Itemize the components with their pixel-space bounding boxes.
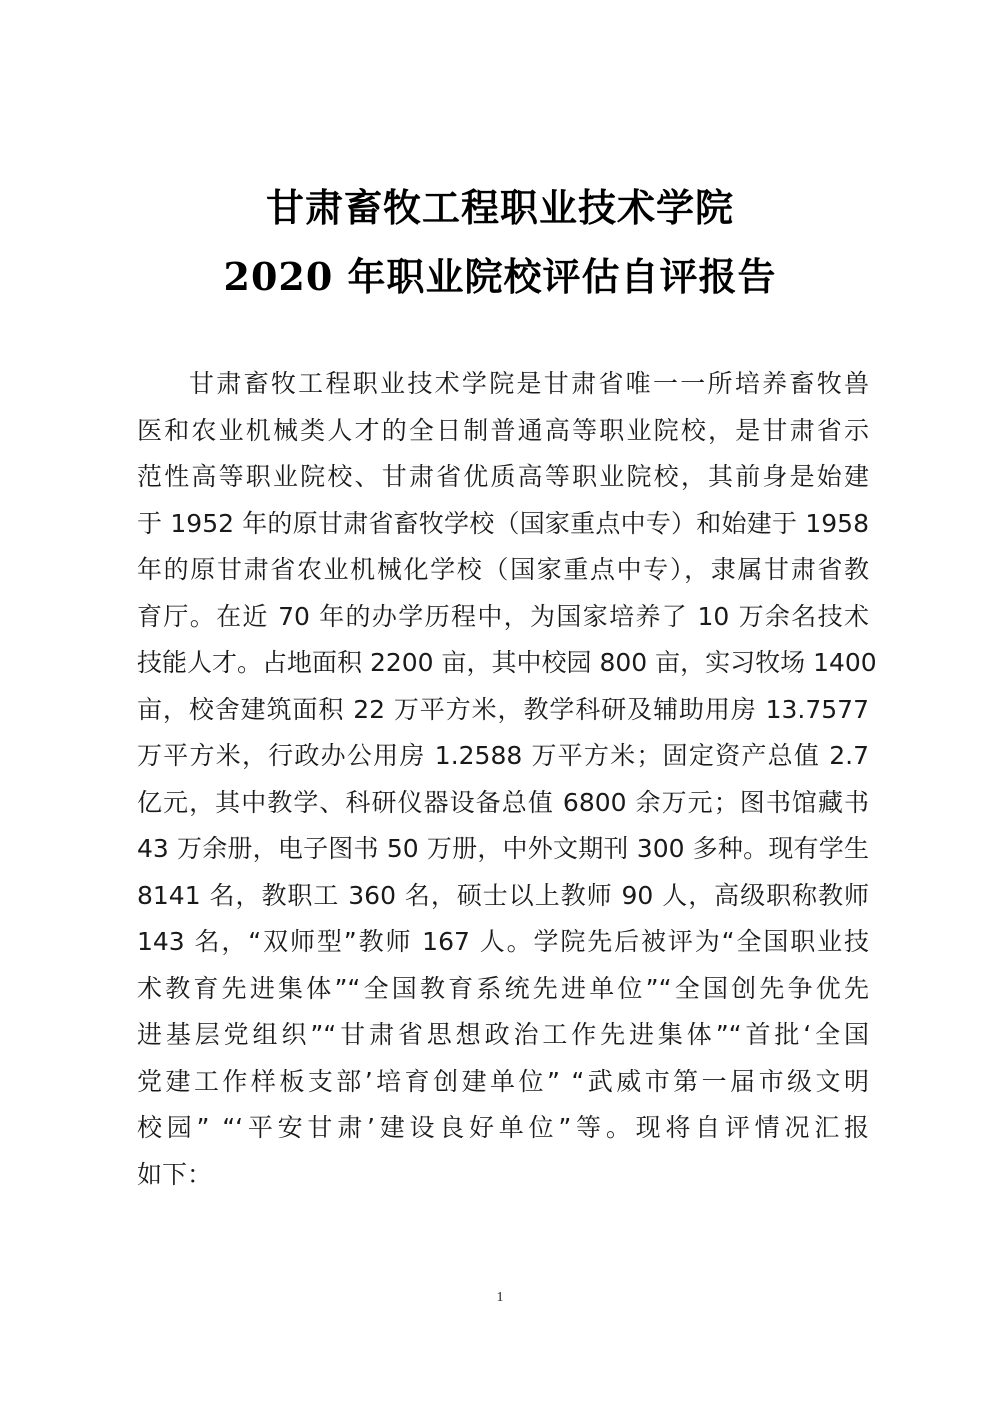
body-line: 万平方米，行政办公用房 1.2588 万平方米；固定资产总值 2.7 (137, 733, 869, 780)
body-line: 亩，校舍建筑面积 22 万平方米，教学科研及辅助用房 13.7577 (137, 687, 869, 734)
body-line: 亿元，其中教学、科研仪器设备总值 6800 余万元；图书馆藏书 (137, 780, 869, 827)
document-title: 甘肃畜牧工程职业技术学院 2020 年职业院校评估自评报告 (0, 188, 1000, 326)
body-line: 8141 名，教职工 360 名，硕士以上教师 90 人，高级职称教师 (137, 873, 869, 920)
body-line: 143 名，“双师型”教师 167 人。学院先后被评为“全国职业技 (137, 919, 869, 966)
body-line: 甘肃畜牧工程职业技术学院是甘肃省唯一一所培养畜牧兽 (137, 361, 869, 408)
page-number: 1 (0, 1290, 1000, 1306)
body-line: 如下： (137, 1152, 869, 1199)
body-line: 年的原甘肃省农业机械化学校（国家重点中专），隶属甘肃省教 (137, 547, 869, 594)
body-paragraph: 甘肃畜牧工程职业技术学院是甘肃省唯一一所培养畜牧兽 医和农业机械类人才的全日制普… (137, 361, 869, 1198)
body-line: 医和农业机械类人才的全日制普通高等职业院校，是甘肃省示 (137, 408, 869, 455)
body-line: 于 1952 年的原甘肃省畜牧学校（国家重点中专）和始建于 1958 (137, 501, 869, 548)
body-line: 43 万余册，电子图书 50 万册，中外文期刊 300 多种。现有学生 (137, 826, 869, 873)
title-line-report: 2020 年职业院校评估自评报告 (0, 257, 1000, 297)
title-line-institution: 甘肃畜牧工程职业技术学院 (0, 188, 1000, 228)
body-line: 校园” “‘平安甘肃’建设良好单位”等。现将自评情况汇报 (137, 1105, 869, 1152)
body-line: 术教育先进集体”“全国教育系统先进单位”“全国创先争优先 (137, 966, 869, 1013)
body-line: 党建工作样板支部’培育创建单位” “武威市第一届市级文明 (137, 1059, 869, 1106)
body-line: 育厅。在近 70 年的办学历程中，为国家培养了 10 万余名技术 (137, 594, 869, 641)
body-line: 进基层党组织”“甘肃省思想政治工作先进集体”“首批‘全国 (137, 1012, 869, 1059)
body-line: 技能人才。占地面积 2200 亩，其中校园 800 亩，实习牧场 1400 (137, 640, 869, 687)
body-line: 范性高等职业院校、甘肃省优质高等职业院校，其前身是始建 (137, 454, 869, 501)
